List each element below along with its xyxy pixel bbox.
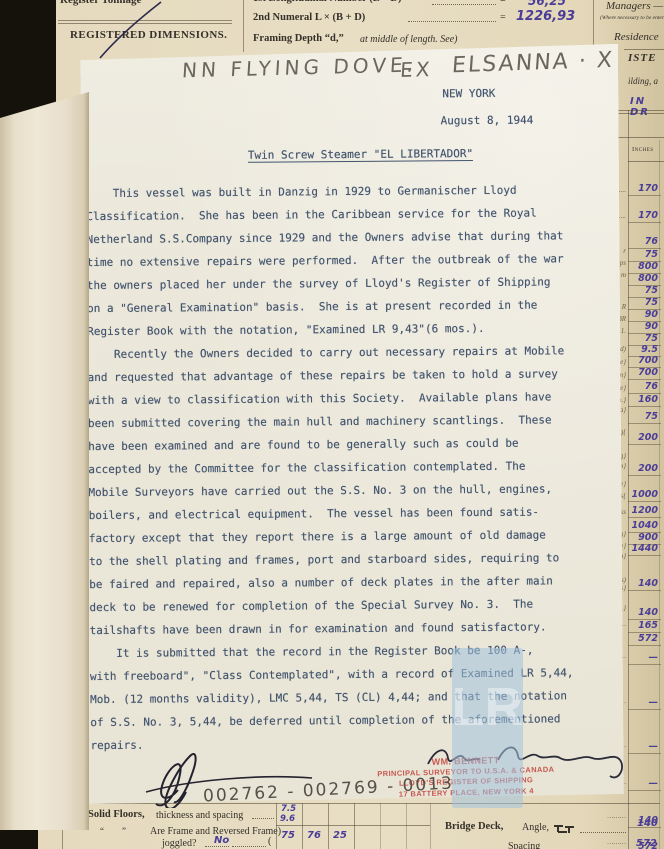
ledger-value: — (628, 697, 661, 710)
print-fragment: 1. (621, 327, 626, 335)
angle-bar-icon (552, 824, 576, 834)
ledger-value: 75 (628, 411, 661, 424)
framing-depth-label: Framing Depth “d,” (253, 33, 344, 44)
ledger-value: 572 (628, 633, 661, 646)
ledger-value: 200 (628, 463, 661, 476)
grid-rule (276, 825, 430, 826)
dotted-leader (552, 840, 626, 849)
annotation-former-name: NN FLYING DOVE. (181, 52, 417, 82)
letter-city: NEW YORK (442, 87, 495, 100)
letter-body: This vessel was built in Danzig in 1929 … (86, 178, 620, 757)
brace-mark: ( (268, 836, 271, 847)
frame-cell-3: 25 (333, 830, 347, 841)
ledger-value: 140 (628, 578, 661, 591)
ledger-value: 700 (628, 367, 661, 380)
ledger-value: 165 (628, 620, 661, 633)
ledger-value: — (628, 652, 661, 665)
longitudinal-label: 1st Longitudinal Number (L × D) (253, 0, 401, 4)
solid-floors-label-rest: thickness and spacing (156, 810, 243, 821)
print-fragment: r (623, 247, 626, 255)
joggled-label: joggled? (162, 838, 196, 849)
grid-rule (302, 803, 303, 849)
cell-divider (243, 0, 244, 52)
print-fragment: m (621, 271, 626, 279)
annotation-ex: EX (399, 57, 433, 82)
grid-rule (406, 803, 407, 849)
scanned-document-page: Register Tonnage REGISTERED DIMENSIONS. … (0, 0, 664, 849)
scan-black-corner (0, 0, 56, 122)
spacing-value: 572 (636, 838, 657, 849)
framing-depth-note: at middle of length. See) (360, 34, 457, 45)
bridge-deck-value: 140 (637, 818, 658, 829)
solid-floors-value-2: 9.6 (280, 814, 295, 824)
dotted-leader (580, 822, 626, 833)
ditto-marks: “ ” (100, 826, 126, 836)
ledger-value: 1440 (628, 543, 661, 556)
ledger-value: 76 (628, 236, 661, 249)
ledger-value: 1000 (628, 489, 661, 502)
ledger-value: 1200 (628, 505, 661, 518)
dotted-leader (432, 0, 496, 5)
equals-sign: = (500, 0, 506, 6)
ledger-value: 160 (628, 394, 661, 407)
bridge-angle-label: Angle, (522, 822, 549, 833)
folded-page-edge (0, 92, 89, 830)
ledger-value: 170 (628, 210, 661, 223)
frame-cell-2: 76 (307, 830, 321, 841)
grid-rule (328, 803, 329, 849)
print-fragment: ……… (607, 812, 626, 820)
solid-floors-label: Solid Floors, (88, 809, 145, 820)
letter-sheet: NN FLYING DOVE. EX ELSANNA · X NEW YORK … (80, 44, 624, 804)
pen-stroke (95, 0, 165, 62)
dotted-leader (408, 11, 496, 22)
print-fragment: R (622, 303, 626, 311)
ledger-value: 76 (628, 381, 661, 394)
print-fragment: d) (620, 345, 626, 353)
dotted-leader (232, 836, 266, 847)
numeral-label: 2nd Numeral L × (B + D) (253, 12, 365, 23)
bridge-deck-label: Bridge Deck, (445, 821, 503, 832)
ledger-value: 200 (628, 432, 661, 445)
ledger-value: 170 (628, 183, 661, 196)
joggled-answer: No (214, 835, 229, 846)
numeral-value: 1226,93 (516, 9, 575, 24)
longitudinal-value: 56,25 (528, 0, 566, 8)
dotted-leader (252, 808, 274, 819)
spacing-label: Spacing (508, 841, 540, 849)
grid-rule (380, 803, 381, 849)
ledger-value: 140 (628, 607, 661, 620)
grid-rule (430, 803, 431, 849)
inches-ledger-column: 170170767580080075759090759.570070076160… (628, 0, 664, 849)
annotation-ex-name: ELSANNA · X (451, 48, 615, 79)
grid-rule (354, 803, 355, 849)
equals-sign: = (500, 12, 506, 23)
letter-date: August 8, 1944 (441, 114, 534, 128)
frame-cell-1: 75 (281, 830, 295, 841)
letter-title: Twin Screw Steamer "EL LIBERTADOR" (248, 147, 473, 163)
